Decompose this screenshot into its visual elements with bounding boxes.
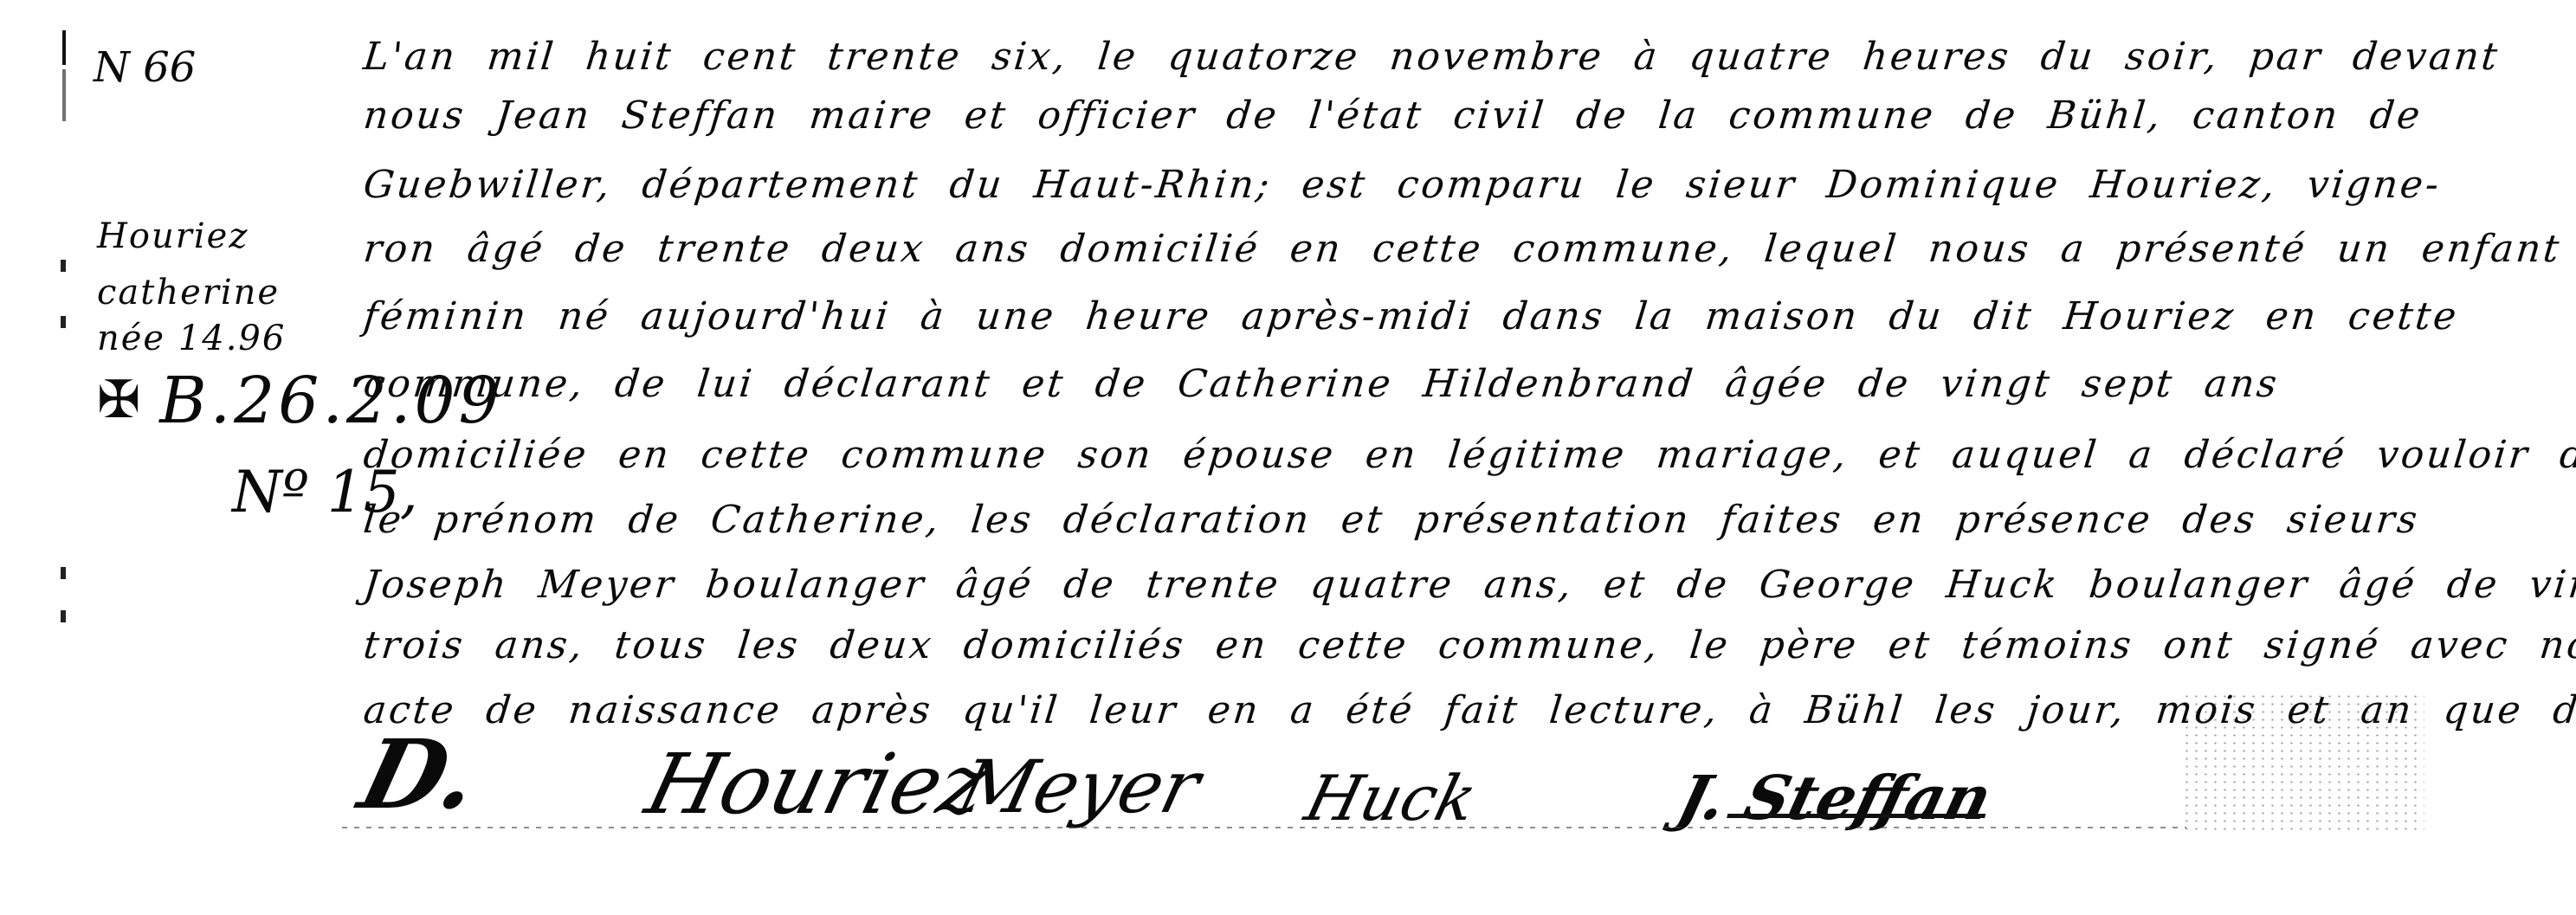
page-edge [342,827,2186,828]
cross-icon: ✠ [97,370,144,430]
margin-rule [62,69,66,121]
margin-tick [61,610,66,622]
text-line: trois ans, tous les deux domiciliés en c… [361,623,2576,667]
register-page: N 66 Houriez catherine née 14.96 ✠B.26.2… [0,0,2576,915]
signatures-row: D. Houriez Meyer Huck J. Steffan [364,710,2182,840]
text-line: Joseph Meyer boulanger âgé de trente qua… [361,563,2576,607]
margin-tick [61,260,66,272]
margin-tick [61,567,66,579]
text-line: féminin né aujourd'hui à une heure après… [361,294,2461,338]
margin-surname: Houriez [97,216,249,256]
text-line: domiciliée en cette commune son épouse e… [361,433,2576,477]
entry-number: N 66 [94,43,196,92]
margin-birth-note: née 14.96 [97,319,286,358]
text-line: nous Jean Steffan maire et officier de l… [361,93,2424,138]
scan-noise [2182,693,2424,831]
text-line: ron âgé de trente deux ans domicilié en … [361,227,2576,271]
signature: Meyer [951,744,1208,829]
signature-mayor: J. Steffan [1671,762,1999,834]
text-line: le prénom de Catherine, les déclaration … [361,498,2421,542]
signature: D. [350,718,490,830]
text-line: L'an mil huit cent trente six, le quator… [361,35,2502,79]
margin-rule [62,30,66,65]
margin-tick [61,316,66,328]
margin-given-name: catherine [97,273,280,313]
signature: Houriez [637,736,997,833]
signature: Huck [1299,762,1484,834]
text-line: Guebwiller, département du Haut-Rhin; es… [361,163,2443,207]
text-line: commune, de lui déclarant et de Catherin… [361,362,2281,406]
